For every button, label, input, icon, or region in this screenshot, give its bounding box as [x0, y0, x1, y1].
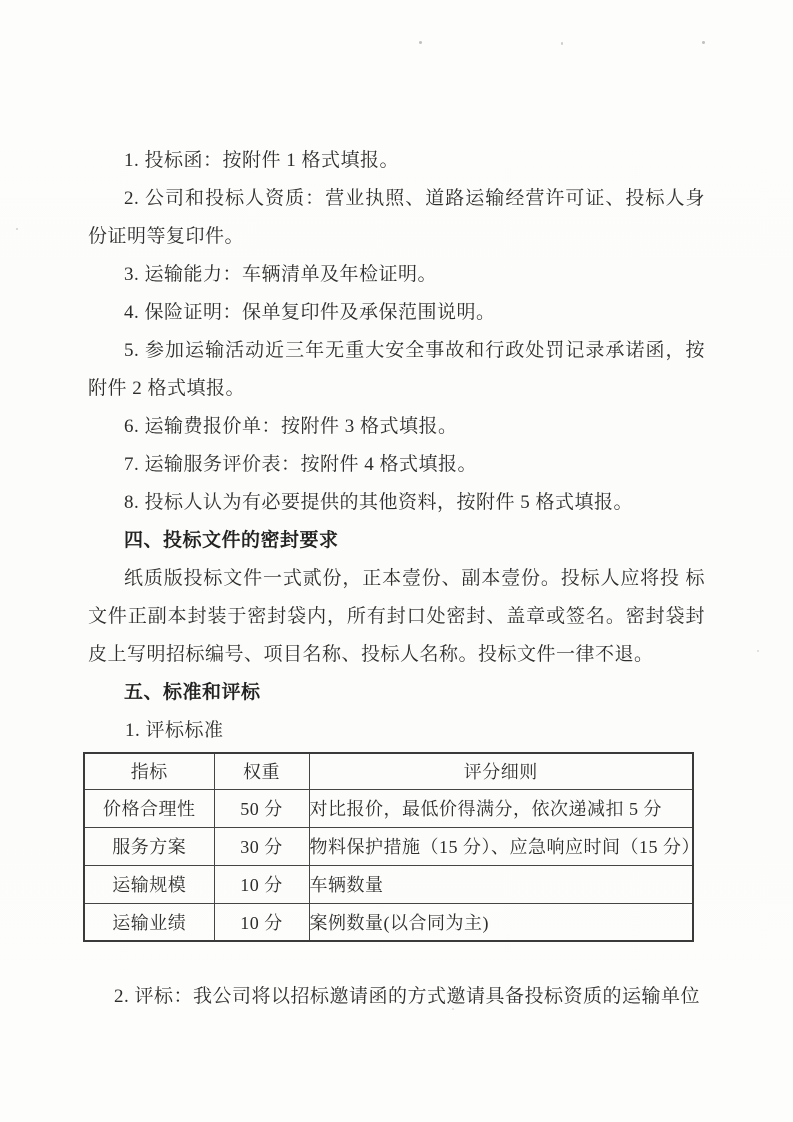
cell-scoring-detail: 物料保护措施（15 分）、应急响应时间（15 分） — [309, 827, 693, 865]
cell-indicator: 运输规模 — [84, 865, 214, 903]
cell-scoring-detail: 案例数量(以合同为主) — [309, 903, 693, 941]
scan-speckle — [757, 650, 759, 652]
section-heading-evaluation: 五、标准和评标 — [88, 674, 705, 712]
sealing-requirements-paragraph: 纸质版投标文件一式贰份，正本壹份、副本壹份。投标人应将投 标文件正副本封装于密封… — [88, 560, 705, 674]
list-item-service-evaluation: 7. 运输服务评价表：按附件 4 格式填报。 — [88, 446, 705, 484]
cell-scoring-detail: 车辆数量 — [309, 865, 693, 903]
scan-speckle — [419, 41, 422, 44]
cell-weight: 50 分 — [214, 789, 309, 827]
scan-speckle — [561, 42, 563, 45]
table-header-weight: 权重 — [214, 753, 309, 789]
scan-speckle — [16, 228, 18, 230]
cell-weight: 30 分 — [214, 827, 309, 865]
evaluation-method-paragraph: 2. 评标：我公司将以招标邀请函的方式邀请具备投标资质的运输单位 — [88, 978, 705, 1016]
subsection-title-criteria: 1. 评标标准 — [88, 712, 705, 750]
table-header-scoring-detail: 评分细则 — [309, 753, 693, 789]
cell-indicator: 运输业绩 — [84, 903, 214, 941]
table-row-price: 价格合理性 50 分 对比报价，最低价得满分，依次递减扣 5 分 — [84, 789, 693, 827]
list-item-insurance: 4. 保险证明：保单复印件及承保范围说明。 — [88, 294, 705, 332]
table-row-transport-performance: 运输业绩 10 分 案例数量(以合同为主) — [84, 903, 693, 941]
list-item-quotation: 6. 运输费报价单：按附件 3 格式填报。 — [88, 408, 705, 446]
list-item-bid-letter: 1. 投标函：按附件 1 格式填报。 — [88, 142, 705, 180]
cell-indicator: 价格合理性 — [84, 789, 214, 827]
table-row-transport-scale: 运输规模 10 分 车辆数量 — [84, 865, 693, 903]
list-item-other-materials: 8. 投标人认为有必要提供的其他资料，按附件 5 格式填报。 — [88, 484, 705, 522]
section-heading-sealing: 四、投标文件的密封要求 — [88, 522, 705, 560]
cell-weight: 10 分 — [214, 865, 309, 903]
table-row-service-plan: 服务方案 30 分 物料保护措施（15 分）、应急响应时间（15 分） — [84, 827, 693, 865]
table-header-row: 指标 权重 评分细则 — [84, 753, 693, 789]
table-header-indicator: 指标 — [84, 753, 214, 789]
document-page: 1. 投标函：按附件 1 格式填报。 2. 公司和投标人资质：营业执照、道路运输… — [0, 0, 793, 1122]
cell-weight: 10 分 — [214, 903, 309, 941]
evaluation-criteria-table: 指标 权重 评分细则 价格合理性 50 分 对比报价，最低价得满分，依次递减扣 … — [83, 752, 694, 942]
list-item-qualifications: 2. 公司和投标人资质：营业执照、道路运输经营许可证、投标人身份证明等复印件。 — [88, 180, 705, 256]
cell-indicator: 服务方案 — [84, 827, 214, 865]
list-item-transport-capacity: 3. 运输能力：车辆清单及年检证明。 — [88, 256, 705, 294]
cell-scoring-detail: 对比报价，最低价得满分，依次递减扣 5 分 — [309, 789, 693, 827]
list-item-safety-record: 5. 参加运输活动近三年无重大安全事故和行政处罚记录承诺函，按附件 2 格式填报… — [88, 332, 705, 408]
scan-speckle — [702, 41, 705, 44]
